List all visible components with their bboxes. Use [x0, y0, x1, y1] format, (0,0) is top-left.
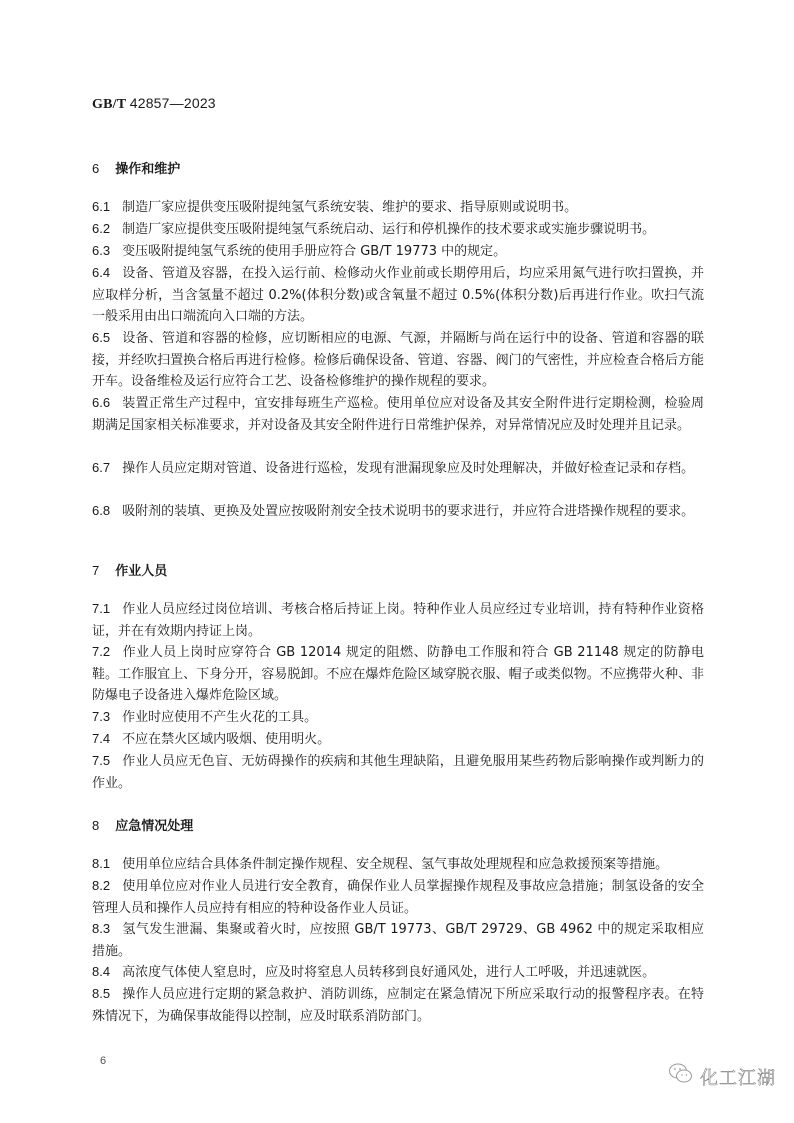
- clause-6-2: 6.2制造厂家应提供变压吸附提纯氢气系统启动、运行和停机操作的技术要求或实施步骤…: [92, 218, 704, 241]
- clause-8-4: 8.4高浓度气体使人窒息时，应及时将窒息人员转移到良好通风处，进行人工呼吸，并迅…: [92, 961, 704, 984]
- clause-6-8: 6.8吸附剂的装填、更换及处置应按吸附剂安全技术说明书的要求进行，并应符合进塔操…: [92, 500, 704, 523]
- document-page: GB/T 42857—2023 6操作和维护 6.1制造厂家应提供变压吸附提纯氢…: [0, 0, 794, 1123]
- clause-7-3: 7.3作业时应使用不产生火花的工具。: [92, 706, 704, 729]
- watermark-text: 化工江湖: [700, 1064, 776, 1090]
- clause-7-1: 7.1作业人员应经过岗位培训、考核合格后持证上岗。特种作业人员应经过专业培训，持…: [92, 598, 704, 642]
- page-number: 6: [100, 1055, 106, 1067]
- clause-7-4: 7.4不应在禁火区域内吸烟、使用明火。: [92, 728, 704, 751]
- clause-6-4: 6.4设备、管道及容器，在投入运行前、检修动火作业前或长期停用后，均应采用氮气进…: [92, 262, 704, 328]
- wechat-icon: [668, 1062, 694, 1091]
- section-title-8: 8应急情况处理: [92, 815, 193, 834]
- clause-7-5: 7.5作业人员应无色盲、无妨碍操作的疾病和其他生理缺陷，且避免服用某些药物后影响…: [92, 750, 704, 794]
- clause-6-3: 6.3变压吸附提纯氢气系统的使用手册应符合 GB/T 19773 中的规定。: [92, 240, 704, 263]
- clause-6-1: 6.1制造厂家应提供变压吸附提纯氢气系统安装、维护的要求、指导原则或说明书。: [92, 196, 704, 219]
- clause-8-5: 8.5操作人员应进行定期的紧急救护、消防训练，应制定在紧急情况下所应采取行动的报…: [92, 983, 704, 1027]
- standard-prefix: GB/T: [92, 97, 126, 112]
- clause-8-1: 8.1使用单位应结合具体条件制定操作规程、安全规程、氢气事故处理规程和应急救援预…: [92, 853, 704, 876]
- section-title-7: 7作业人员: [92, 560, 167, 579]
- clause-8-2: 8.2使用单位应对作业人员进行安全教育，确保作业人员掌握操作规程及事故应急措施；…: [92, 875, 704, 919]
- clause-6-6: 6.6装置正常生产过程中，宜安排每班生产巡检。使用单位应对设备及其安全附件进行定…: [92, 392, 704, 436]
- standard-code: GB/T 42857—2023: [92, 95, 216, 113]
- standard-number: 42857—2023: [130, 95, 216, 111]
- clause-8-3: 8.3氢气发生泄漏、集聚或着火时，应按照 GB/T 19773、GB/T 297…: [92, 918, 704, 962]
- clause-6-7: 6.7操作人员应定期对管道、设备进行巡检，发现有泄漏现象应及时处理解决，并做好检…: [92, 457, 704, 480]
- section-title-6: 6操作和维护: [92, 158, 180, 177]
- clause-6-5: 6.5设备、管道和容器的检修，应切断相应的电源、气源，并隔断与尚在运行中的设备、…: [92, 327, 704, 393]
- watermark: 化工江湖: [668, 1062, 776, 1091]
- clause-7-2: 7.2作业人员上岗时应穿符合 GB 12014 规定的阻燃、防静电工作服和符合 …: [92, 641, 704, 707]
